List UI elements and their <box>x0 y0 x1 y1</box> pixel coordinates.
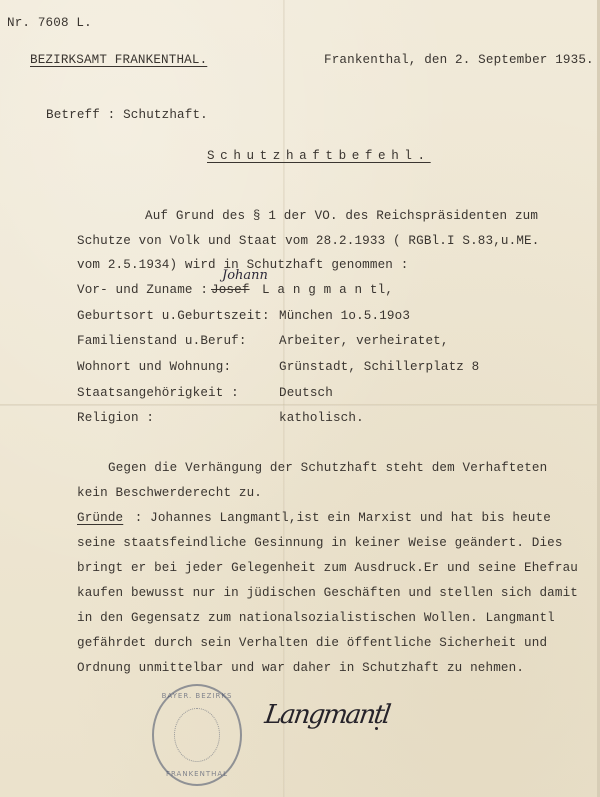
field-label-family-occupation: Familienstand u.Beruf: <box>77 334 247 348</box>
reasons-line-2: seine staatsfeindliche Gesinnung in kein… <box>77 536 563 550</box>
field-value-citizenship: Deutsch <box>279 386 333 400</box>
reasons-line-4: kaufen bewusst nur in jüdischen Geschäft… <box>77 586 578 600</box>
field-label-citizenship: Staatsangehörigkeit : <box>77 386 239 400</box>
field-value-birth: München 1o.5.19o3 <box>279 309 410 323</box>
signature-dot <box>375 727 378 730</box>
signature: Langmantl <box>263 700 391 730</box>
fold-line-horizontal <box>0 404 600 406</box>
subject-line: Betreff : Schutzhaft. <box>46 108 208 122</box>
document-title: Schutzhaftbefehl. <box>207 149 431 163</box>
appeal-line-1: Gegen die Verhängung der Schutzhaft steh… <box>108 461 547 475</box>
field-value-struck-firstname: Josef <box>211 283 250 297</box>
reasons-line-7: Ordnung unmittelbar und war daher in Sch… <box>77 661 524 675</box>
appeal-line-2: kein Beschwerderecht zu. <box>77 486 262 500</box>
reasons-line-6: gefährdet durch sein Verhalten die öffen… <box>77 636 547 650</box>
stamp-top-text: BAYER. BEZIRKS <box>154 692 240 700</box>
intro-line-1: Auf Grund des § 1 der VO. des Reichspräs… <box>145 209 538 223</box>
field-label-name: Vor- und Zuname : <box>77 283 208 297</box>
stamp-bottom-text: FRANKENTHAL <box>154 770 240 778</box>
stamp-emblem-icon <box>174 708 220 762</box>
reasons-line-1: : Johannes Langmantl,ist ein Marxist und… <box>127 511 551 525</box>
document-page: Nr. 7608 L. BEZIRKSAMT FRANKENTHAL. Fran… <box>0 0 600 797</box>
field-label-birth: Geburtsort u.Geburtszeit: <box>77 309 270 323</box>
reasons-label: Gründe <box>77 511 123 525</box>
field-label-religion: Religion : <box>77 411 154 425</box>
field-value-family-occupation: Arbeiter, verheiratet, <box>279 334 449 348</box>
field-label-residence: Wohnort und Wohnung: <box>77 360 231 374</box>
handwritten-correction: Johann <box>222 268 268 283</box>
field-value-name: L a n g m a n tl, <box>262 283 393 297</box>
field-value-religion: katholisch. <box>279 411 364 425</box>
place-date: Frankenthal, den 2. September 1935. <box>324 53 594 67</box>
official-stamp: BAYER. BEZIRKS FRANKENTHAL <box>152 684 242 786</box>
reasons-line-3: bringt er bei jeder Gelegenheit zum Ausd… <box>77 561 578 575</box>
reasons-line-5: in den Gegensatz zum nationalsozialistis… <box>77 611 555 625</box>
reference-number: Nr. 7608 L. <box>7 16 92 30</box>
authority-heading: BEZIRKSAMT FRANKENTHAL. <box>30 53 207 67</box>
field-value-residence: Grünstadt, Schillerplatz 8 <box>279 360 479 374</box>
intro-line-2: Schutze von Volk und Staat vom 28.2.1933… <box>77 234 539 248</box>
